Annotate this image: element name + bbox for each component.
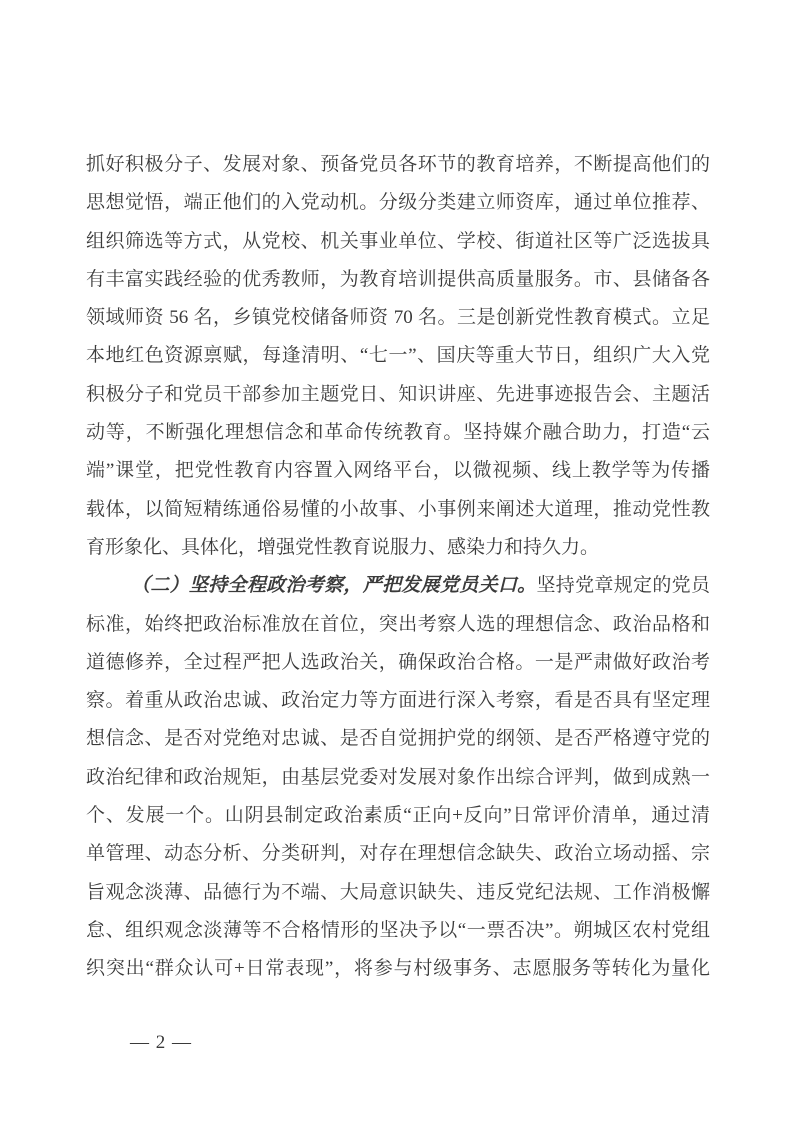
section-heading-text: （二）坚持全程政治考察，严把发展党员关口。 <box>131 575 537 596</box>
body-text: 育形象化、具体化，增强党性教育说服力、感染力和持久力。 <box>86 537 599 558</box>
body-text: 怠、组织观念淡薄等不合格情形的坚决予以“一票否决”。朔城区农村党组 <box>86 920 710 941</box>
body-text: 坚持党章规定的党员 <box>537 575 710 596</box>
text-line: 政治纪律和政治规矩，由基层党委对发展对象作出综合评判，做到成熟一 <box>86 759 710 797</box>
body-text: 组织筛选等方式，从党校、机关事业单位、学校、街道社区等广泛选拔具 <box>86 231 710 252</box>
text-line: 端”课堂，把党性教育内容置入网络平台，以微视频、线上教学等为传播 <box>86 452 710 490</box>
text-line: 道德修养，全过程严把人选政治关，确保政治合格。一是严肃做好政治考 <box>86 644 710 682</box>
text-line: 个、发展一个。山阴县制定政治素质“正向+反向”日常评价清单，通过清 <box>86 797 710 835</box>
body-text: 织突出“群众认可+日常表现”，将参与村级事务、志愿服务等转化为量化 <box>86 958 710 979</box>
body-text: 端”课堂，把党性教育内容置入网络平台，以微视频、线上教学等为传播 <box>86 460 710 481</box>
body-text: 思想觉悟，端正他们的入党动机。分级分类建立师资库，通过单位推荐、 <box>86 192 710 213</box>
text-line: 单管理、动态分析、分类研判，对存在理想信念缺失、政治立场动摇、宗 <box>86 835 710 873</box>
body-text: 道德修养，全过程严把人选政治关，确保政治合格。一是严肃做好政治考 <box>86 652 710 673</box>
paragraph: 抓好积极分子、发展对象、预备党员各环节的教育培养，不断提高他们的思想觉悟，端正他… <box>86 146 710 567</box>
body-text: 载体，以简短精练通俗易懂的小故事、小事例来阐述大道理，推动党性教 <box>86 499 710 520</box>
text-line: 抓好积极分子、发展对象、预备党员各环节的教育培养，不断提高他们的 <box>86 146 710 184</box>
page-number: — 2 — <box>130 1031 192 1055</box>
body-text: 抓好积极分子、发展对象、预备党员各环节的教育培养，不断提高他们的 <box>86 154 710 175</box>
body-text: 有丰富实践经验的优秀教师，为教育培训提供高质量服务。市、县储备各 <box>86 269 710 290</box>
text-line: 思想觉悟，端正他们的入党动机。分级分类建立师资库，通过单位推荐、 <box>86 184 710 222</box>
body-text: 领域师资 56 名，乡镇党校储备师资 70 名。三是创新党性教育模式。立足 <box>86 307 710 328</box>
text-line: 育形象化、具体化，增强党性教育说服力、感染力和持久力。 <box>86 529 710 567</box>
body-text: 旨观念淡薄、品德行为不端、大局意识缺失、违反党纪法规、工作消极懈 <box>86 882 710 903</box>
body-text: 动等，不断强化理想信念和革命传统教育。坚持媒介融合助力，打造“云 <box>86 422 710 443</box>
text-line: 载体，以简短精练通俗易懂的小故事、小事例来阐述大道理，推动党性教 <box>86 491 710 529</box>
body-text: 积极分子和党员干部参加主题党日、知识讲座、先进事迹报告会、主题活 <box>86 384 710 405</box>
document-body: 抓好积极分子、发展对象、预备党员各环节的教育培养，不断提高他们的思想觉悟，端正他… <box>86 146 710 989</box>
text-line: 怠、组织观念淡薄等不合格情形的坚决予以“一票否决”。朔城区农村党组 <box>86 912 710 950</box>
text-line: 领域师资 56 名，乡镇党校储备师资 70 名。三是创新党性教育模式。立足 <box>86 299 710 337</box>
text-line: 想信念、是否对党绝对忠诚、是否自觉拥护党的纲领、是否严格遵守党的 <box>86 720 710 758</box>
text-line: 本地红色资源禀赋，每逢清明、“七一”、国庆等重大节日，组织广大入党 <box>86 337 710 375</box>
text-line: 动等，不断强化理想信念和革命传统教育。坚持媒介融合助力，打造“云 <box>86 414 710 452</box>
text-line: 旨观念淡薄、品德行为不端、大局意识缺失、违反党纪法规、工作消极懈 <box>86 874 710 912</box>
text-line: 标准，始终把政治标准放在首位，突出考察人选的理想信念、政治品格和 <box>86 606 710 644</box>
body-text: 政治纪律和政治规矩，由基层党委对发展对象作出综合评判，做到成熟一 <box>86 767 710 788</box>
body-text: 想信念、是否对党绝对忠诚、是否自觉拥护党的纲领、是否严格遵守党的 <box>86 728 710 749</box>
text-line: （二）坚持全程政治考察，严把发展党员关口。坚持党章规定的党员 <box>86 567 710 605</box>
text-line: 有丰富实践经验的优秀教师，为教育培训提供高质量服务。市、县储备各 <box>86 261 710 299</box>
body-text: 个、发展一个。山阴县制定政治素质“正向+反向”日常评价清单，通过清 <box>86 805 710 826</box>
body-text: 本地红色资源禀赋，每逢清明、“七一”、国庆等重大节日，组织广大入党 <box>86 345 710 366</box>
text-line: 积极分子和党员干部参加主题党日、知识讲座、先进事迹报告会、主题活 <box>86 376 710 414</box>
paragraph: （二）坚持全程政治考察，严把发展党员关口。坚持党章规定的党员标准，始终把政治标准… <box>86 567 710 988</box>
text-line: 察。着重从政治忠诚、政治定力等方面进行深入考察，看是否具有坚定理 <box>86 682 710 720</box>
body-text: 单管理、动态分析、分类研判，对存在理想信念缺失、政治立场动摇、宗 <box>86 843 710 864</box>
text-line: 组织筛选等方式，从党校、机关事业单位、学校、街道社区等广泛选拔具 <box>86 223 710 261</box>
body-text: 察。着重从政治忠诚、政治定力等方面进行深入考察，看是否具有坚定理 <box>86 690 710 711</box>
text-line: 织突出“群众认可+日常表现”，将参与村级事务、志愿服务等转化为量化 <box>86 950 710 988</box>
body-text: 标准，始终把政治标准放在首位，突出考察人选的理想信念、政治品格和 <box>86 614 710 635</box>
